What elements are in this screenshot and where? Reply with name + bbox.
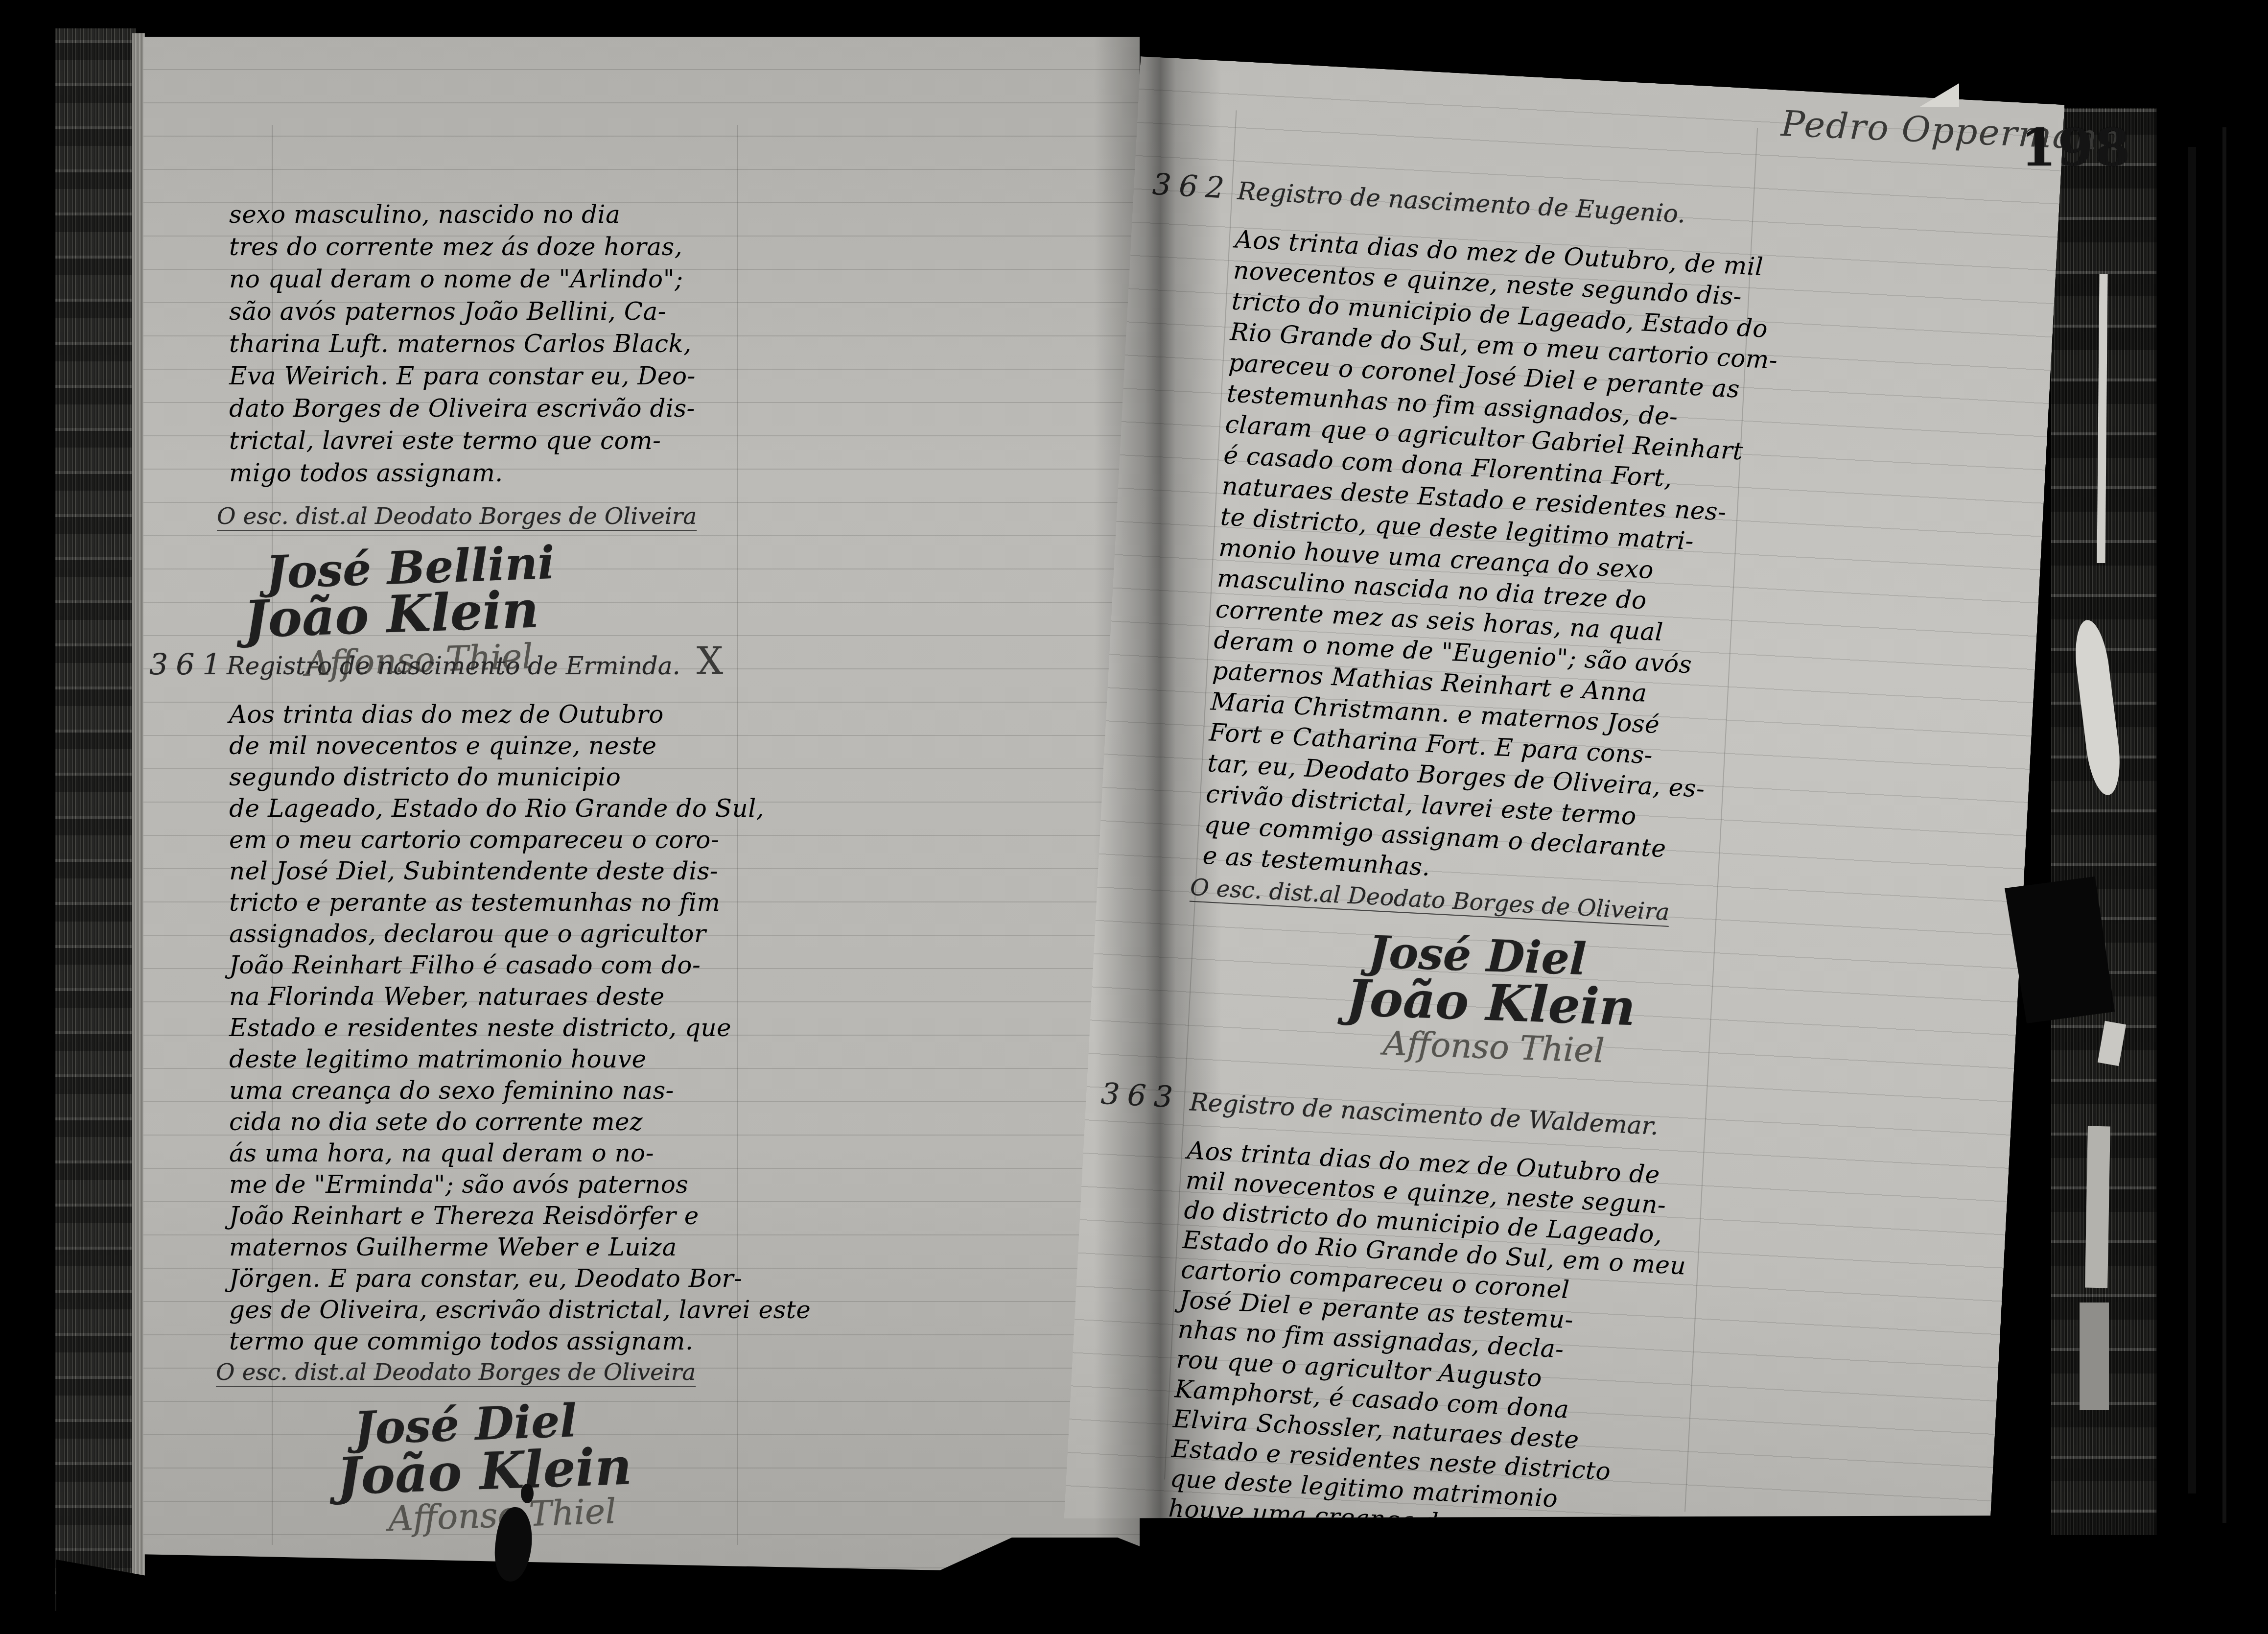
left-page: sexo masculino, nascido no diatres do co… xyxy=(143,37,1140,1574)
entry-363-title: Registro de nascimento de Waldemar. xyxy=(1189,1088,1660,1140)
book-left-edge-highlight xyxy=(132,33,145,1588)
entry-number-361: 361 xyxy=(149,648,229,682)
margin-x-mark: X xyxy=(697,639,723,683)
entry-362-text: Aos trinta dias do mez de Outubro, de mi… xyxy=(1202,224,1783,900)
book-left-page-edge xyxy=(55,28,136,1611)
page-number-stamp: 198 xyxy=(2021,118,2131,178)
entry-360-continuation-text: sexo masculino, nascido no diatres do co… xyxy=(229,198,696,489)
entry-361-title: Registro de nascimento de Erminda. xyxy=(227,652,680,680)
paper-scrap xyxy=(2080,1302,2109,1410)
entry-361-text: Aos trinta dias do mez de Outubrode mil … xyxy=(229,699,811,1357)
clerk-closing-line: O esc. dist.al Deodato Borges de Oliveir… xyxy=(217,503,697,530)
signature-affonso-thiel: Affonso Thiel xyxy=(1382,1024,1605,1071)
entry-362-title: Registro de nascimento de Eugenio. xyxy=(1237,177,1686,229)
book-gutter-shadow xyxy=(1094,34,1221,1582)
loose-page-corner xyxy=(1920,83,1959,107)
cover-edge-streak xyxy=(2222,127,2226,1523)
registry-book-photo: sexo masculino, nascido no diatres do co… xyxy=(0,0,2268,1634)
clerk-closing-line: O esc. dist.al Deodato Borges de Oliveir… xyxy=(216,1359,696,1386)
entry-363-text: Aos trinta dias do mez de Outubro demil … xyxy=(1168,1136,1691,1550)
ink-blot xyxy=(521,1484,534,1503)
cover-edge-streak xyxy=(2188,147,2196,1493)
paper-scrap xyxy=(2085,1126,2110,1288)
